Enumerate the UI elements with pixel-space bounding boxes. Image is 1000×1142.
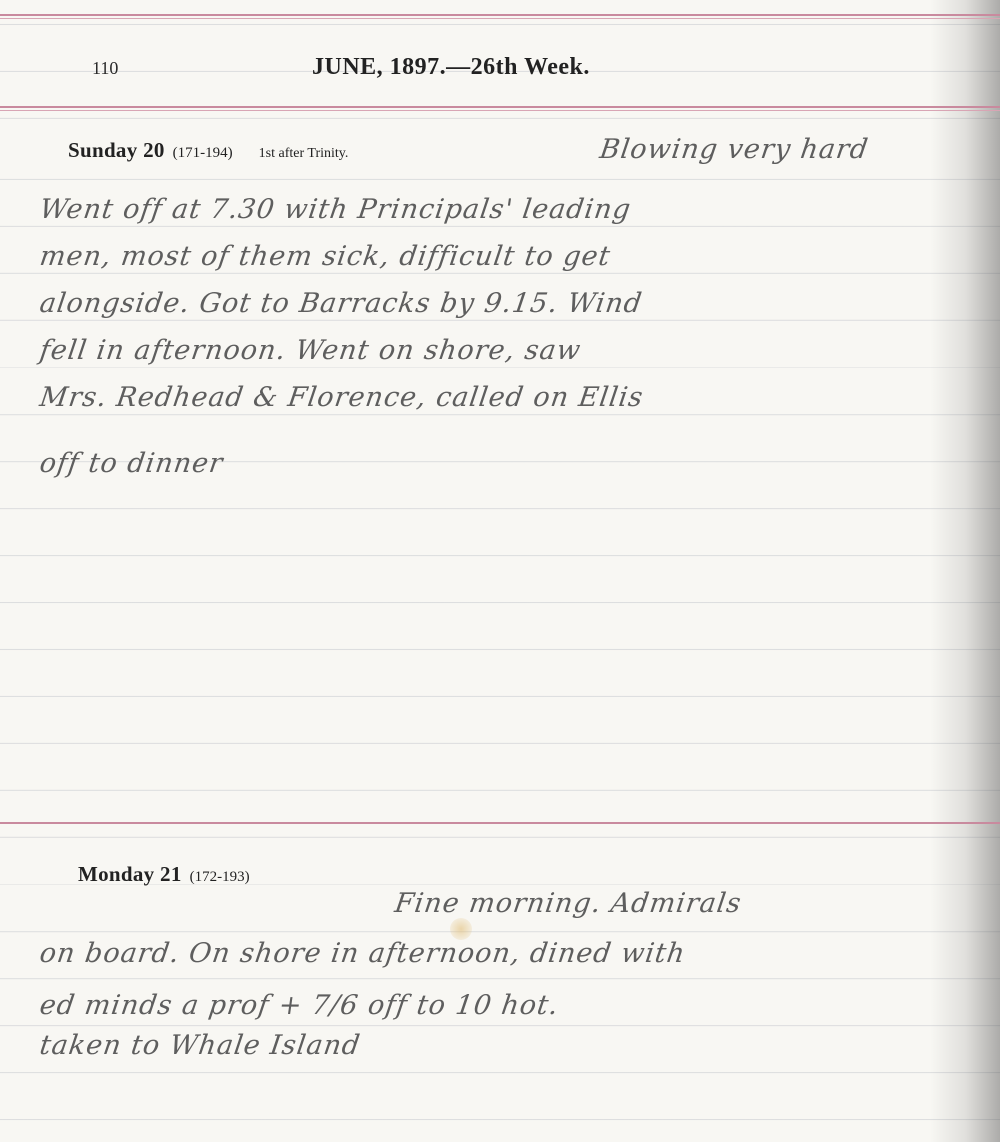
page-title: JUNE, 1897.—26th Week. xyxy=(312,54,590,81)
handwriting-line: Fine morning. Admirals xyxy=(392,880,745,927)
handwriting-line: off to dinner xyxy=(37,440,227,487)
handwriting-line: Went off at 7.30 with Principals' leadin… xyxy=(37,186,635,233)
day-range: (172-193) xyxy=(190,869,250,885)
entry-heading-sunday: Sunday 20 (171-194) 1st after Trinity. xyxy=(68,138,348,163)
handwriting-line: Mrs. Redhead & Florence, called on Ellis xyxy=(37,374,647,421)
paper-stain xyxy=(450,918,472,940)
handwriting-line: taken to Whale Island xyxy=(37,1022,364,1069)
day-name: Sunday 20 xyxy=(68,138,165,162)
handwriting-line: Blowing very hard xyxy=(597,126,872,173)
handwriting-line: alongside. Got to Barracks by 9.15. Wind xyxy=(37,280,646,327)
page-number: 110 xyxy=(92,58,118,79)
day-name: Monday 21 xyxy=(78,862,182,886)
header-red-rule xyxy=(0,106,1000,108)
day-range: (171-194) xyxy=(173,145,233,161)
top-red-rule xyxy=(0,14,1000,16)
day-note: 1st after Trinity. xyxy=(259,146,349,161)
entry-heading-monday: Monday 21 (172-193) xyxy=(78,862,250,887)
handwriting-line: on board. On shore in afternoon, dined w… xyxy=(37,930,689,977)
diary-page: 110 JUNE, 1897.—26th Week. Sunday 20 (17… xyxy=(0,0,1000,1142)
handwriting-line: fell in afternoon. Went on shore, saw xyxy=(37,327,585,374)
handwriting-line: men, most of them sick, difficult to get xyxy=(37,233,614,280)
entry-divider-red-rule xyxy=(0,822,1000,824)
